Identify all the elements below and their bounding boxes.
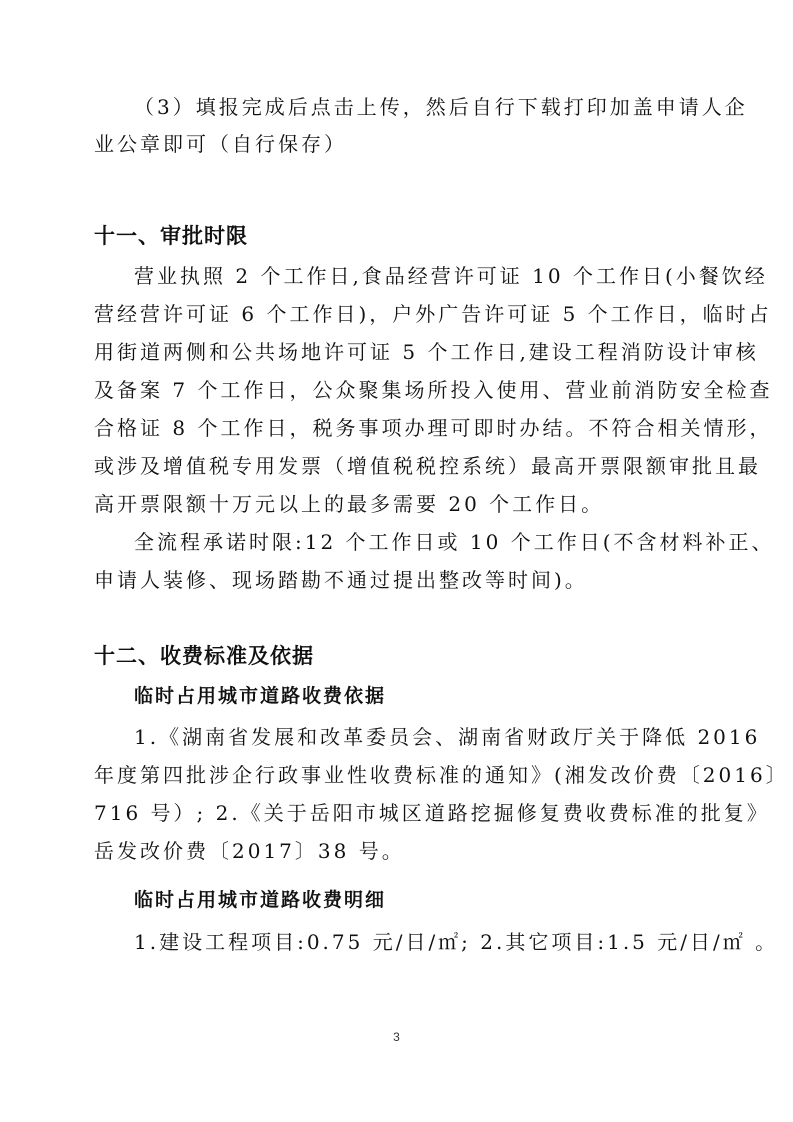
commitment-line-1: 全流程承诺时限:12 个工作日或 10 个工作日(不含材料补正、 xyxy=(134,530,775,554)
approval-text-line-4: 及备案 7 个工作日，公众聚集场所投入使用、营业前消防安全检查 xyxy=(94,378,772,402)
page-number: 3 xyxy=(0,1030,793,1044)
section-heading-fees: 十二、收费标准及依据 xyxy=(94,643,314,669)
approval-text-line-1: 营业执照 2 个工作日,食品经营许可证 10 个工作日(小餐饮经 xyxy=(134,264,768,288)
fee-basis-line-2: 年度第四批涉企行政事业性收费标准的通知》(湘发改价费〔2016〕 xyxy=(94,763,789,787)
approval-text-line-7: 高开票限额十万元以上的最多需要 20 个工作日。 xyxy=(94,492,604,516)
fee-basis-line-4: 岳发改价费〔2017〕38 号。 xyxy=(94,839,405,863)
upload-step-line-2: 业公章即可（自行保存） xyxy=(94,132,347,156)
approval-text-line-5: 合格证 8 个工作日，税务事项办理可即时办结。不符合相关情形， xyxy=(94,416,772,440)
subheading-fee-basis: 临时占用城市道路收费依据 xyxy=(134,684,386,708)
approval-text-line-6: 或涉及增值税专用发票（增值税税控系统）最高开票限额审批且最 xyxy=(94,454,761,478)
fee-details-line: 1.建设工程项目:0.75 元/日/㎡; 2.其它项目:1.5 元/日/㎡ 。 xyxy=(134,930,778,954)
approval-text-line-2: 营经营许可证 6 个工作日)，户外广告许可证 5 个工作日，临时占 xyxy=(94,302,772,326)
upload-step-line-1: （3）填报完成后点击上传，然后自行下载打印加盖申请人企 xyxy=(134,95,748,119)
fee-basis-line-3: 716 号）; 2.《关于岳阳市城区道路挖掘修复费收费标准的批复》 xyxy=(94,801,770,825)
commitment-line-2: 申请人装修、现场踏勘不通过提出整改等时间)。 xyxy=(94,568,588,592)
approval-text-line-3: 用街道两侧和公共场地许可证 5 个工作日,建设工程消防设计审核 xyxy=(94,340,759,364)
section-heading-approval-time: 十一、审批时限 xyxy=(94,223,248,249)
fee-basis-line-1: 1.《湖南省发展和改革委员会、湖南省财政厅关于降低 2016 xyxy=(134,725,760,749)
subheading-fee-details: 临时占用城市道路收费明细 xyxy=(134,888,386,912)
